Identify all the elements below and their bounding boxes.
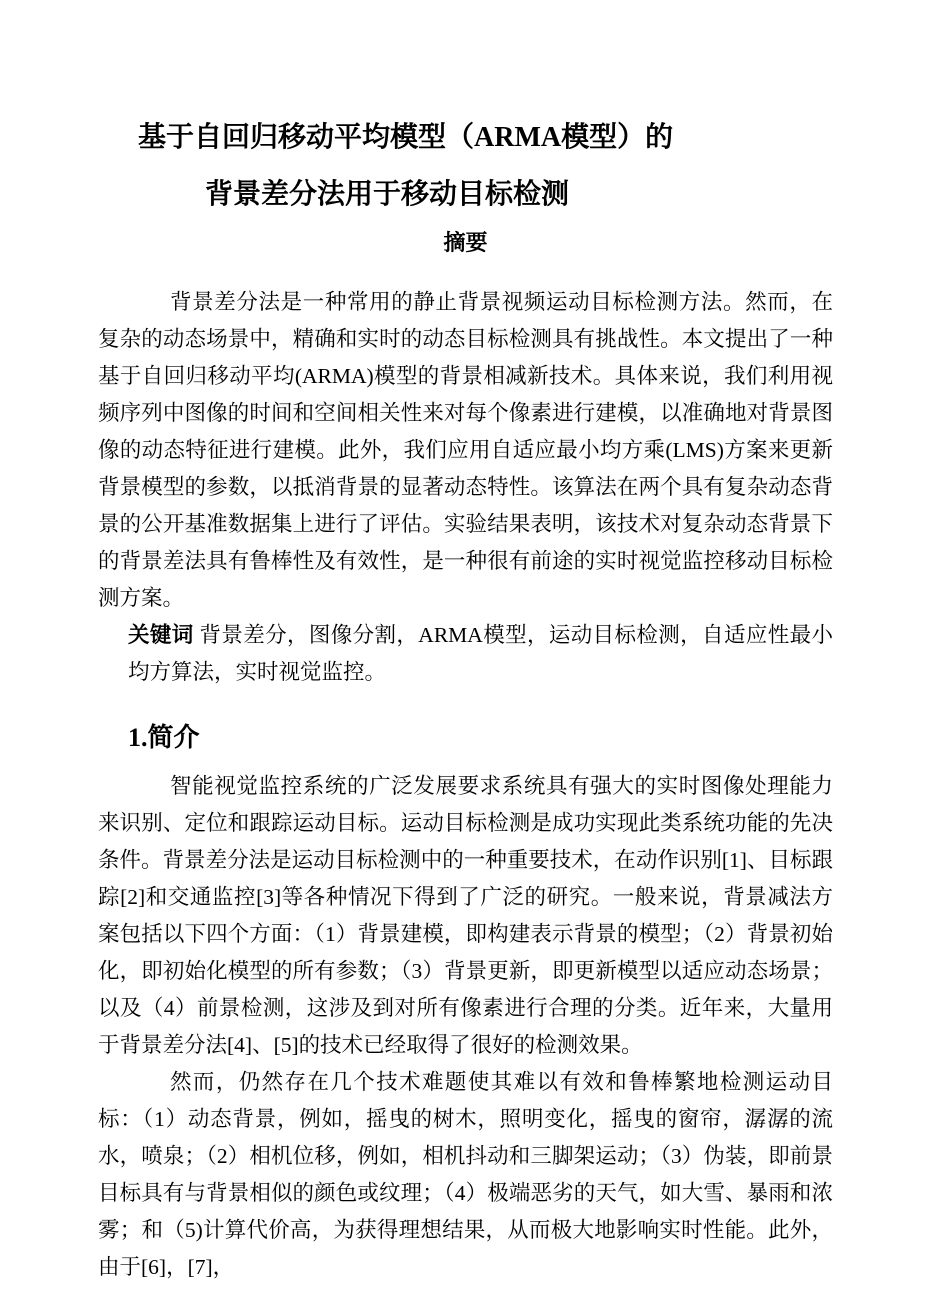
document-page: 基于自回归移动平均模型（ARMA模型）的 背景差分法用于移动目标检测 摘要 背景…	[0, 0, 926, 1309]
keywords-text: 背景差分，图像分割，ARMA模型，运动目标检测，自适应性最小均方算法，实时视觉监…	[128, 623, 833, 684]
intro-paragraph-2: 然而，仍然存在几个技术难题使其难以有效和鲁棒繁地检测运动目标：（1）动态背景，例…	[98, 1064, 833, 1286]
intro-paragraph-1: 智能视觉监控系统的广泛发展要求系统具有强大的实时图像处理能力来识别、定位和跟踪运…	[98, 768, 833, 1064]
paper-title-line1: 基于自回归移动平均模型（ARMA模型）的	[138, 118, 833, 158]
abstract-paragraph: 背景差分法是一种常用的静止背景视频运动目标检测方法。然而，在复杂的动态场景中，精…	[98, 284, 833, 617]
section-1-heading: 1.简介	[128, 720, 833, 756]
abstract-heading: 摘要	[98, 225, 833, 261]
keywords-label: 关键词	[128, 623, 194, 647]
keywords-paragraph: 关键词 背景差分，图像分割，ARMA模型，运动目标检测，自适应性最小均方算法，实…	[128, 617, 833, 691]
paper-title-line2: 背景差分法用于移动目标检测	[205, 175, 833, 215]
